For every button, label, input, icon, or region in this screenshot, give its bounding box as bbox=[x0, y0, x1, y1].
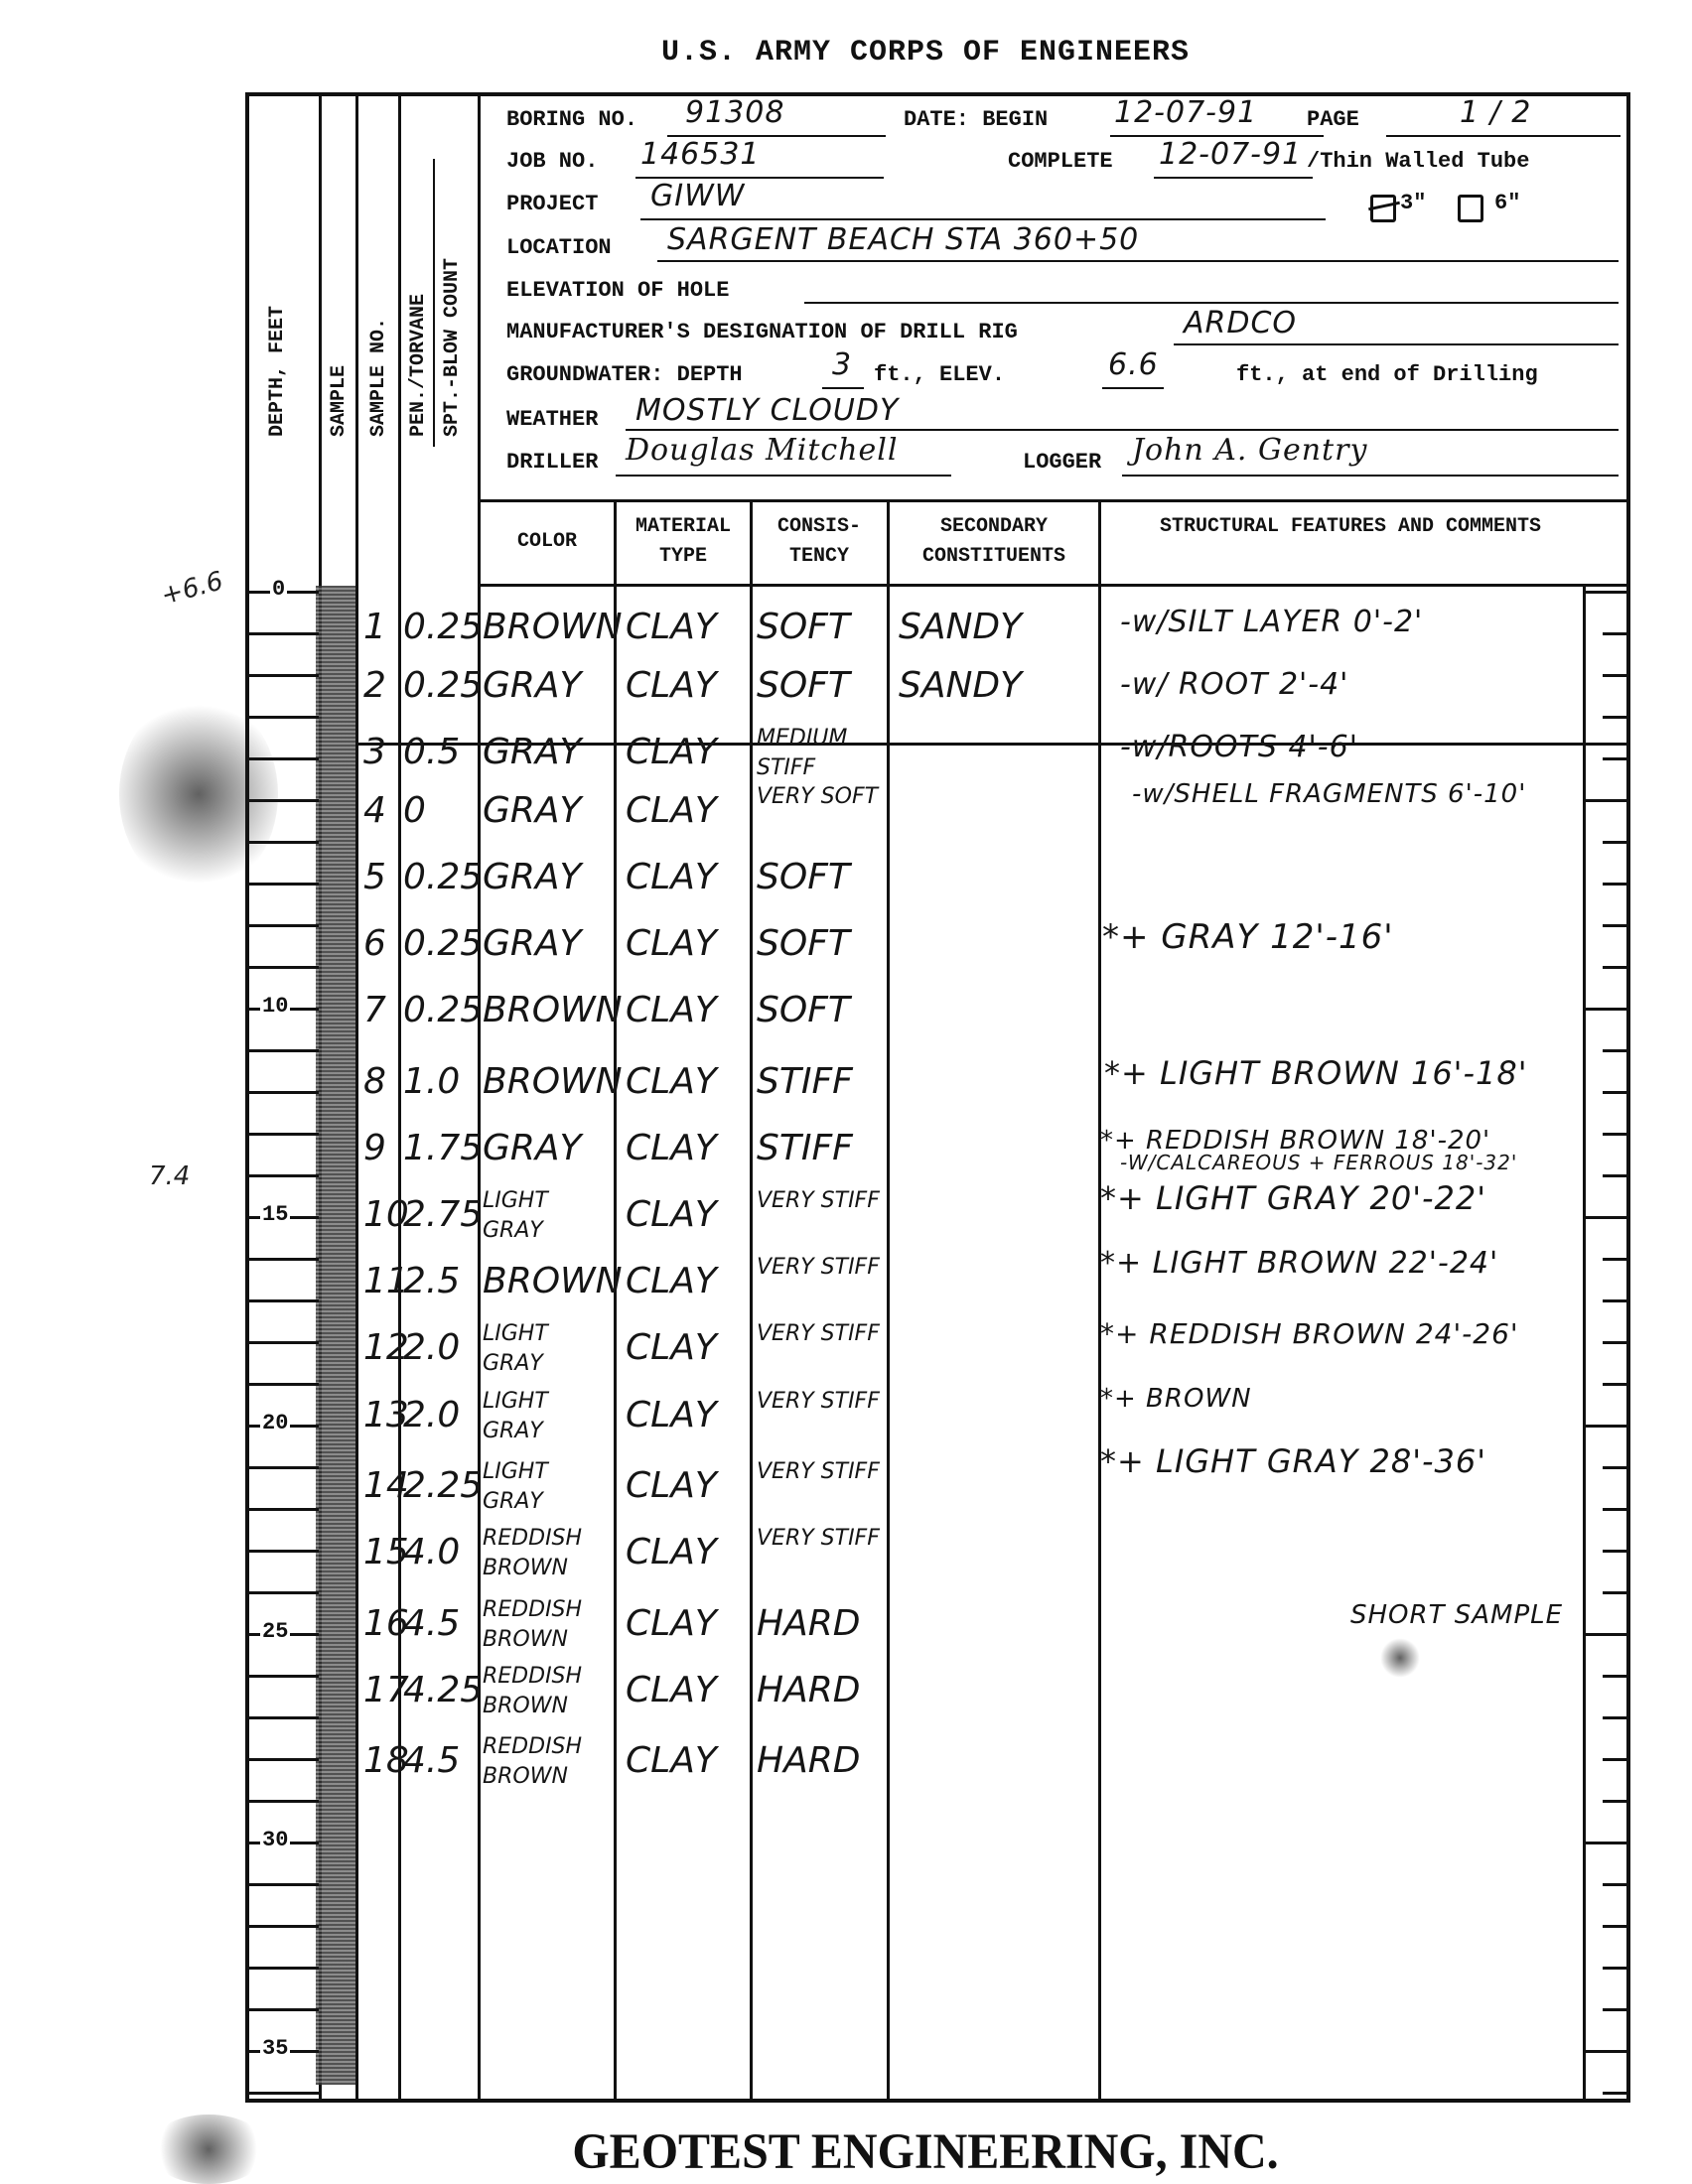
material-type: CLAY bbox=[626, 1670, 717, 1710]
depth-tick bbox=[247, 1550, 319, 1553]
job-no-label: JOB NO. bbox=[506, 149, 598, 174]
boring-no-label: BORING NO. bbox=[506, 107, 637, 132]
groundwater-elev-value[interactable]: 6.6 bbox=[1108, 347, 1159, 382]
scale-tick bbox=[1603, 674, 1628, 677]
material-type: CLAY bbox=[626, 1532, 717, 1572]
complete-value[interactable]: 12-07-91 bbox=[1159, 137, 1302, 172]
consistency: SOFT bbox=[757, 607, 850, 647]
complete-label: COMPLETE bbox=[1008, 149, 1113, 174]
consistency: VERY STIFF bbox=[757, 1524, 886, 1554]
depth-tick bbox=[247, 1174, 319, 1177]
material-type: CLAY bbox=[626, 1061, 717, 1102]
consistency: VERY SOFT bbox=[757, 782, 886, 812]
scale-tick bbox=[1603, 1383, 1628, 1386]
soil-color: LIGHT GRAY bbox=[483, 1457, 612, 1517]
comment-line: -w/ROOTS 4'-6' bbox=[1120, 730, 1358, 764]
scale-tick bbox=[1603, 1550, 1628, 1553]
date-begin-value[interactable]: 12-07-91 bbox=[1114, 95, 1257, 130]
sample-number: 4 bbox=[363, 790, 386, 831]
depth-tick bbox=[247, 966, 319, 969]
pen-torvane-value: 4.25 bbox=[403, 1670, 483, 1710]
sample-number: 11 bbox=[363, 1261, 409, 1301]
consistency: VERY STIFF bbox=[757, 1253, 886, 1283]
elevation-label: ELEVATION OF HOLE bbox=[506, 278, 729, 303]
thin-walled-tube-label: /Thin Walled Tube bbox=[1307, 149, 1529, 174]
depth-tick bbox=[247, 1508, 319, 1511]
depth-tick bbox=[247, 1675, 319, 1678]
material-type-header: MATERIAL TYPE bbox=[617, 512, 750, 572]
depth-label: 35 bbox=[260, 2036, 290, 2061]
soil-color: BROWN bbox=[483, 1261, 623, 1301]
scale-tick bbox=[1603, 716, 1628, 719]
pen-torvane-value: 2.5 bbox=[403, 1261, 460, 1301]
scale-tick bbox=[1603, 1174, 1628, 1177]
divider-sampleno-pen bbox=[398, 92, 401, 2103]
drill-rig-label: MANUFACTURER'S DESIGNATION OF DRILL RIG bbox=[506, 320, 1018, 344]
scale-tick bbox=[1603, 883, 1628, 886]
sample-number: 14 bbox=[363, 1465, 409, 1506]
scale-tick bbox=[1603, 1341, 1628, 1344]
driller-label: DRILLER bbox=[506, 450, 598, 475]
sample-number: 5 bbox=[363, 857, 386, 897]
table-header-top-line bbox=[478, 499, 1630, 502]
depth-tick bbox=[247, 924, 319, 927]
depth-tick bbox=[247, 1716, 319, 1719]
soil-color: LIGHT GRAY bbox=[483, 1319, 612, 1379]
tube-3in-label: 3" bbox=[1400, 191, 1426, 215]
pen-torvane-value: 2.0 bbox=[403, 1395, 460, 1435]
pen-torvane-value: 2.75 bbox=[403, 1194, 483, 1235]
depth-tick bbox=[247, 1925, 319, 1928]
scale-tick bbox=[1603, 632, 1628, 635]
sample-number: 2 bbox=[363, 665, 386, 706]
logger-value[interactable]: John A. Gentry bbox=[1132, 433, 1367, 468]
pen-torvane-value: 4.0 bbox=[403, 1532, 460, 1572]
soil-color: BROWN bbox=[483, 990, 623, 1030]
comment-line: *+ LIGHT BROWN 16'-18' bbox=[1104, 1054, 1528, 1092]
depth-tick bbox=[247, 1091, 319, 1094]
scale-tick bbox=[1603, 1925, 1628, 1928]
material-type: CLAY bbox=[626, 607, 717, 647]
scale-tick bbox=[1603, 1508, 1628, 1511]
comment-line: *+ LIGHT GRAY 28'-36' bbox=[1100, 1442, 1486, 1480]
logger-underline bbox=[1122, 475, 1619, 477]
sample-number: 18 bbox=[363, 1740, 409, 1781]
scale-tick bbox=[1603, 1883, 1628, 1886]
consistency: VERY STIFF bbox=[757, 1319, 886, 1349]
depth-tick bbox=[247, 1341, 319, 1344]
sample-number: 17 bbox=[363, 1670, 409, 1710]
groundwater-label: GROUNDWATER: DEPTH bbox=[506, 362, 743, 387]
sample-header: SAMPLE bbox=[328, 365, 351, 437]
depth-label: 25 bbox=[260, 1619, 290, 1644]
soil-color: REDDISH BROWN bbox=[483, 1524, 612, 1583]
driller-value[interactable]: Douglas Mitchell bbox=[626, 433, 899, 468]
soil-color: BROWN bbox=[483, 607, 623, 647]
soil-color: GRAY bbox=[483, 790, 582, 831]
sample-number: 7 bbox=[363, 990, 386, 1030]
depth-tick bbox=[247, 1049, 319, 1052]
depth-tick bbox=[247, 883, 319, 886]
sample-number: 1 bbox=[363, 607, 386, 647]
color-header: COLOR bbox=[481, 527, 614, 557]
scale-tick bbox=[1603, 1758, 1628, 1761]
material-type: CLAY bbox=[626, 790, 717, 831]
project-underline bbox=[640, 218, 1326, 220]
boring-no-value[interactable]: 91308 bbox=[685, 95, 784, 130]
depth-tick bbox=[247, 1133, 319, 1136]
pen-torvane-value: 0.25 bbox=[403, 857, 483, 897]
scale-box-separator bbox=[1583, 2050, 1628, 2053]
depth-tick bbox=[247, 2008, 319, 2011]
table-header-bottom-line bbox=[478, 584, 1630, 587]
comment-line: -w/SILT LAYER 0'-2' bbox=[1120, 605, 1423, 639]
spt-blow-count-header: SPT.-BLOW COUNT bbox=[441, 258, 464, 437]
material-type: CLAY bbox=[626, 1194, 717, 1235]
secondary-constituent: SANDY bbox=[899, 665, 1022, 706]
material-type: CLAY bbox=[626, 923, 717, 964]
scale-tick bbox=[1603, 924, 1628, 927]
location-value[interactable]: SARGENT BEACH STA 360+50 bbox=[667, 222, 1139, 257]
scale-tick bbox=[1603, 1675, 1628, 1678]
scale-tick bbox=[1603, 1466, 1628, 1469]
driller-underline bbox=[616, 475, 951, 477]
scan-smudge bbox=[119, 695, 278, 893]
consistency: STIFF bbox=[757, 1061, 853, 1102]
end-of-drilling-label: ft., at end of Drilling bbox=[1236, 362, 1538, 387]
scale-tick bbox=[1603, 1133, 1628, 1136]
depth-tick bbox=[247, 1299, 319, 1302]
consistency: STIFF bbox=[757, 1128, 853, 1168]
material-type: CLAY bbox=[626, 990, 717, 1030]
depth-tick bbox=[247, 1466, 319, 1469]
ft-elev-label: ft., ELEV. bbox=[874, 362, 1005, 387]
structural-features-header: STRUCTURAL FEATURES AND COMMENTS bbox=[1152, 512, 1549, 542]
soil-color: GRAY bbox=[483, 1128, 582, 1168]
scale-box-separator bbox=[1583, 1842, 1628, 1844]
soil-color: LIGHT GRAY bbox=[483, 1387, 612, 1446]
scale-tick bbox=[1603, 2008, 1628, 2011]
scale-box-separator bbox=[1583, 1425, 1628, 1428]
groundwater-depth-value[interactable]: 3 bbox=[832, 347, 852, 382]
logger-label: LOGGER bbox=[1023, 450, 1101, 475]
depth-feet-header: DEPTH, FEET bbox=[266, 306, 289, 437]
sample-number: 3 bbox=[363, 732, 386, 772]
material-type: CLAY bbox=[626, 1261, 717, 1301]
scale-tick bbox=[1603, 1049, 1628, 1052]
location-label: LOCATION bbox=[506, 235, 612, 260]
depth-label: 30 bbox=[260, 1828, 290, 1852]
pen-torvane-value: 0.25 bbox=[403, 923, 483, 964]
depth-label: 0 bbox=[270, 577, 287, 602]
comment-line: *+ GRAY 12'-16' bbox=[1102, 917, 1394, 957]
pen-torvane-value: 0.5 bbox=[403, 732, 460, 772]
depth-tick bbox=[247, 1591, 319, 1594]
depth-tick bbox=[247, 1758, 319, 1761]
soil-color: GRAY bbox=[483, 665, 582, 706]
depth-tick bbox=[247, 1383, 319, 1386]
pen-torvane-value: 1.0 bbox=[403, 1061, 460, 1102]
pen-torvane-header: PEN./TORVANE bbox=[407, 294, 430, 437]
pen-spt-fraction-bar bbox=[433, 159, 435, 447]
material-type: CLAY bbox=[626, 1327, 717, 1368]
scale-tick bbox=[1603, 1716, 1628, 1719]
soil-color: REDDISH BROWN bbox=[483, 1595, 612, 1655]
pen-torvane-value: 0.25 bbox=[403, 665, 483, 706]
comment-line: SHORT SAMPLE bbox=[1350, 1600, 1563, 1630]
scale-box-separator bbox=[1583, 799, 1628, 802]
depth-tick bbox=[247, 2092, 319, 2095]
scale-tick bbox=[1603, 1800, 1628, 1803]
sample-recovery-bar bbox=[316, 586, 355, 2085]
location-underline bbox=[657, 260, 1619, 262]
groundwater-depth-underline bbox=[822, 387, 864, 389]
agency-title: U.S. ARMY CORPS OF ENGINEERS bbox=[79, 36, 1692, 69]
sample-number: 10 bbox=[363, 1194, 409, 1235]
weather-label: WEATHER bbox=[506, 407, 598, 432]
material-type: CLAY bbox=[626, 1603, 717, 1644]
pen-torvane-value: 2.0 bbox=[403, 1327, 460, 1368]
depth-tick bbox=[247, 632, 319, 635]
depth-tick bbox=[247, 1800, 319, 1803]
drill-rig-underline bbox=[1174, 343, 1619, 345]
depth-tick bbox=[247, 674, 319, 677]
drill-rig-value[interactable]: ARDCO bbox=[1184, 306, 1297, 341]
pen-torvane-value: 4.5 bbox=[403, 1603, 460, 1644]
scale-box-separator bbox=[1583, 591, 1628, 594]
comment-line: -w/SHELL FRAGMENTS 6'-10' bbox=[1132, 779, 1526, 809]
soil-color: REDDISH BROWN bbox=[483, 1732, 612, 1792]
scale-tick bbox=[1603, 1299, 1628, 1302]
depth-tick bbox=[247, 1258, 319, 1261]
tube-6in-label: 6" bbox=[1494, 191, 1520, 215]
comment-line: -w/ ROOT 2'-4' bbox=[1120, 667, 1348, 702]
comment-line: *+ LIGHT BROWN 22'-24' bbox=[1100, 1246, 1498, 1281]
comment-line: *+ LIGHT GRAY 20'-22' bbox=[1100, 1179, 1486, 1217]
pen-torvane-value: 0.25 bbox=[403, 990, 483, 1030]
divider-secondary-comments bbox=[1098, 499, 1101, 2103]
consistency: SOFT bbox=[757, 665, 850, 706]
pen-torvane-value: 0.25 bbox=[403, 607, 483, 647]
depth-label: 20 bbox=[260, 1411, 290, 1435]
material-type: CLAY bbox=[626, 1395, 717, 1435]
consistency: HARD bbox=[757, 1740, 860, 1781]
consistency: SOFT bbox=[757, 990, 850, 1030]
depth-label: 15 bbox=[260, 1202, 290, 1227]
comment-line: *+ BROWN bbox=[1100, 1384, 1252, 1414]
consistency: MEDIUM STIFF bbox=[757, 724, 886, 783]
job-no-value[interactable]: 146531 bbox=[640, 137, 761, 172]
consistency: SOFT bbox=[757, 857, 850, 897]
scale-tick bbox=[1603, 1258, 1628, 1261]
sample-number: 9 bbox=[363, 1128, 386, 1168]
secondary-constituents-header: SECONDARY CONSTITUENTS bbox=[890, 512, 1098, 572]
material-type: CLAY bbox=[626, 1740, 717, 1781]
scale-tick bbox=[1603, 1967, 1628, 1970]
consistency-header: CONSIS- TENCY bbox=[753, 512, 886, 572]
margin-note-depth: 7.4 bbox=[149, 1161, 190, 1191]
consistency: VERY STIFF bbox=[757, 1387, 886, 1417]
page-underline bbox=[1386, 135, 1621, 137]
sample-number: 16 bbox=[363, 1603, 409, 1644]
pen-torvane-value: 4.5 bbox=[403, 1740, 460, 1781]
divider-material-consistency bbox=[750, 499, 753, 2103]
depth-label: 10 bbox=[260, 994, 290, 1019]
consistency: SOFT bbox=[757, 923, 850, 964]
secondary-constituent: SANDY bbox=[899, 607, 1022, 647]
material-type: CLAY bbox=[626, 857, 717, 897]
sample-number: 6 bbox=[363, 923, 386, 964]
soil-color: BROWN bbox=[483, 1061, 623, 1102]
divider-sample-sampleno bbox=[355, 92, 358, 2103]
comment-line: -W/CALCAREOUS + FERROUS 18'-32' bbox=[1120, 1151, 1517, 1174]
divider-pen-color bbox=[478, 92, 481, 2103]
pen-torvane-value: 2.25 bbox=[403, 1465, 483, 1506]
date-begin-label: DATE: BEGIN bbox=[904, 107, 1048, 132]
sample-number: 12 bbox=[363, 1327, 409, 1368]
sample-number: 15 bbox=[363, 1532, 409, 1572]
soil-color: GRAY bbox=[483, 732, 582, 772]
depth-tick bbox=[247, 1967, 319, 1970]
soil-color: GRAY bbox=[483, 923, 582, 964]
sample-number: 8 bbox=[363, 1061, 386, 1102]
scale-tick bbox=[1603, 841, 1628, 844]
scale-tick bbox=[1603, 1591, 1628, 1594]
pen-torvane-value: 1.75 bbox=[403, 1128, 483, 1168]
material-type: CLAY bbox=[626, 1128, 717, 1168]
scale-box-separator bbox=[1583, 1216, 1628, 1219]
consistency: HARD bbox=[757, 1603, 860, 1644]
soil-color: GRAY bbox=[483, 857, 582, 897]
complete-underline bbox=[1154, 177, 1313, 179]
divider-comments-scale bbox=[1583, 584, 1586, 2103]
scale-tick bbox=[1603, 1091, 1628, 1094]
pen-torvane-value: 0 bbox=[403, 790, 426, 831]
tube-6in-checkbox[interactable] bbox=[1458, 195, 1483, 222]
divider-consistency-secondary bbox=[887, 499, 890, 2103]
material-type: CLAY bbox=[626, 732, 717, 772]
weather-value[interactable]: MOSTLY CLOUDY bbox=[635, 393, 899, 428]
groundwater-elev-underline bbox=[1102, 387, 1164, 389]
scale-tick bbox=[1603, 966, 1628, 969]
margin-note-elevation: +6.6 bbox=[158, 566, 226, 611]
page-value[interactable]: 1 / 2 bbox=[1460, 95, 1531, 130]
weather-underline bbox=[626, 429, 1619, 431]
scale-box-separator bbox=[1583, 1633, 1628, 1636]
soil-color: LIGHT GRAY bbox=[483, 1186, 612, 1246]
ink-blot bbox=[1380, 1638, 1420, 1678]
consistency: VERY STIFF bbox=[757, 1457, 886, 1487]
project-value[interactable]: GIWW bbox=[650, 179, 745, 213]
scale-box-separator bbox=[1583, 1008, 1628, 1011]
page-label: PAGE bbox=[1307, 107, 1359, 132]
sample-no-header: SAMPLE NO. bbox=[367, 318, 390, 437]
material-type: CLAY bbox=[626, 665, 717, 706]
sample-number: 13 bbox=[363, 1395, 409, 1435]
comment-line: *+ REDDISH BROWN 24'-26' bbox=[1100, 1317, 1519, 1350]
consistency: VERY STIFF bbox=[757, 1186, 886, 1216]
material-type: CLAY bbox=[626, 1465, 717, 1506]
company-footer: GEOTEST ENGINEERING, INC. bbox=[79, 2123, 1692, 2181]
project-label: PROJECT bbox=[506, 192, 598, 216]
consistency: HARD bbox=[757, 1670, 860, 1710]
scale-tick bbox=[1603, 757, 1628, 760]
depth-tick bbox=[247, 1883, 319, 1886]
depth-tick bbox=[247, 716, 319, 719]
scale-tick bbox=[1603, 2092, 1628, 2095]
elevation-underline bbox=[804, 302, 1619, 304]
soil-color: REDDISH BROWN bbox=[483, 1662, 612, 1721]
